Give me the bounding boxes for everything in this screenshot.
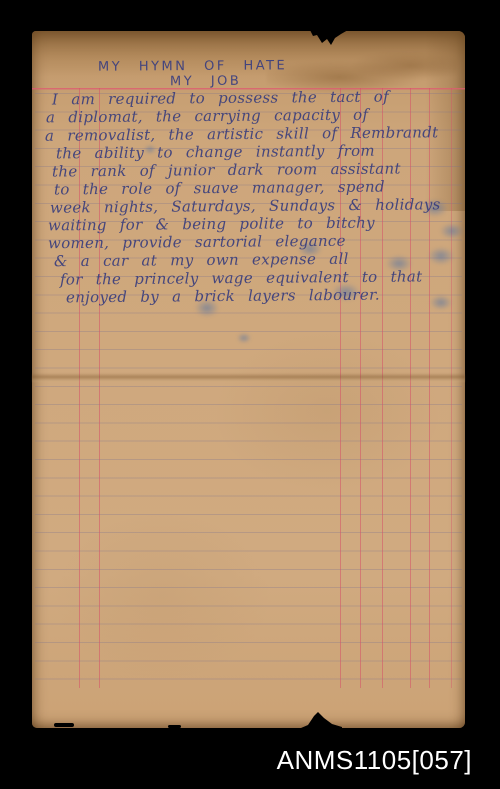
fold-crease xyxy=(32,373,465,382)
ledger-column-line xyxy=(451,88,452,688)
document-page: MY HYMN OF HATE MY JOB I am required to … xyxy=(32,31,465,728)
handwritten-subtitle: MY JOB xyxy=(170,74,241,89)
torn-edge-nick xyxy=(168,725,181,728)
photograph-background: MY HYMN OF HATE MY JOB I am required to … xyxy=(0,0,500,789)
ink-smudge xyxy=(237,333,251,343)
ink-smudge xyxy=(430,295,452,310)
torn-edge-notch-top xyxy=(310,30,348,48)
ink-smudge xyxy=(440,223,464,239)
ink-smudge xyxy=(428,247,454,265)
handwritten-line: & a car at my own expense all xyxy=(54,250,349,271)
torn-edge-notch-bottom xyxy=(301,712,342,729)
handwritten-line: week nights, Saturdays, Sundays & holida… xyxy=(50,195,441,216)
catalogue-number: ANMS1105[057] xyxy=(277,745,472,776)
handwritten-line: a diplomat, the carrying capacity of xyxy=(46,106,368,127)
torn-edge-nick xyxy=(54,723,74,727)
handwritten-line: a removalist, the artistic skill of Remb… xyxy=(45,123,439,144)
ledger-column-line xyxy=(410,88,411,688)
handwritten-line: enjoyed by a brick layers labourer. xyxy=(66,286,380,307)
ledger-column-line xyxy=(429,88,430,688)
handwritten-title: MY HYMN OF HATE xyxy=(98,58,287,74)
